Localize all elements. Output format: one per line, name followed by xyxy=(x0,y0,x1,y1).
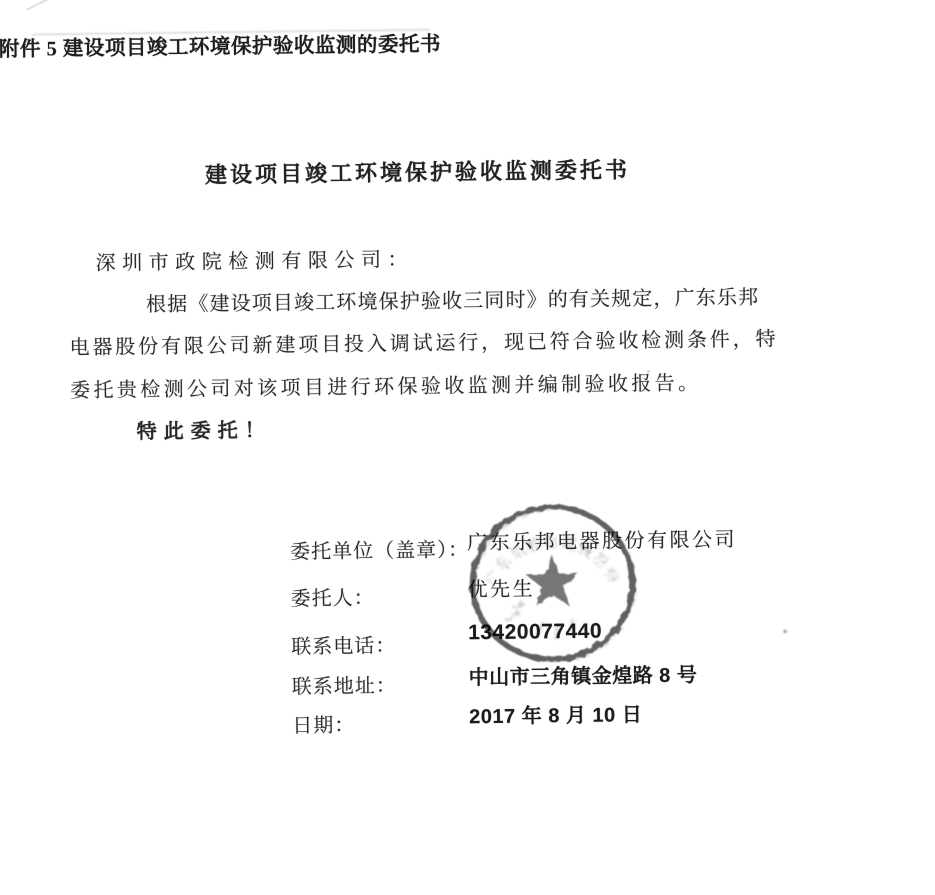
body-line: 电器股份有限公司新建项目投入调试运行，现已符合验收检测条件，特 xyxy=(69,323,775,361)
company-seal-stamp: 广东乐邦电器股份有限公司 xyxy=(456,487,648,679)
field-label-contact-phone: 联系电话： xyxy=(291,629,396,659)
star-icon xyxy=(526,555,580,606)
salutation-line: 深圳市政院检测有限公司： xyxy=(95,243,407,276)
field-label-contact-address: 联系地址： xyxy=(292,669,397,699)
field-label-entrusting-unit: 委托单位（盖章）： xyxy=(290,533,469,564)
field-label-date: 日期： xyxy=(292,709,355,739)
scan-speck xyxy=(647,370,650,373)
closing-line: 特此委托！ xyxy=(136,414,264,445)
seal-arc-text: 广东乐邦电器股份有限公司 xyxy=(456,487,622,589)
body-line: 根据《建设项目竣工环境保护验收三同时》的有关规定，广东乐邦 xyxy=(146,281,758,317)
attachment-header: 附件 5 建设项目竣工环境保护验收监测的委托书 xyxy=(0,27,441,62)
scan-scratch-artifact xyxy=(27,0,51,10)
field-value-date: 2017 年 8 月 10 日 xyxy=(469,698,642,729)
scan-speck xyxy=(783,629,787,633)
field-label-entrusting-person: 委托人： xyxy=(290,581,374,611)
body-line: 委托贵检测公司对该项目进行环保验收监测并编制验收报告。 xyxy=(70,366,698,403)
scanned-document-page: 附件 5 建设项目竣工环境保护验收监测的委托书 建设项目竣工环境保护验收监测委托… xyxy=(0,0,935,895)
page-title: 建设项目竣工环境保护验收监测委托书 xyxy=(187,153,647,190)
scan-tilt-layer: 附件 5 建设项目竣工环境保护验收监测的委托书 建设项目竣工环境保护验收监测委托… xyxy=(0,0,935,895)
